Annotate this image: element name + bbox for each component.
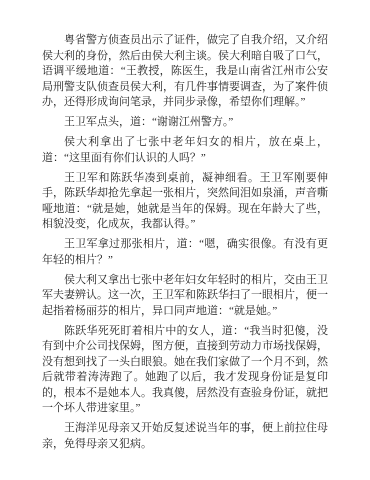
paragraph: 王卫军点头，道：“谢谢江州警方。” [42,115,328,131]
ebook-page: 粤省警方侦查员出示了证件，做完了自我介绍，又介绍侯大利的身份，然后由侯大利主谈。… [0,0,370,480]
paragraph: 王海洋见母亲又开始反复述说当年的事，便上前拉住母亲，免得母亲又犯病。 [42,421,328,452]
paragraph: 陈跃华死死盯着相片中的女人，道：“我当时犯傻，没有到中介公司找保姆，图方便，直接… [42,324,328,417]
paragraph: 侯大利拿出了七张中老年妇女的相片，放在桌上，道：“这里面有你们认识的人吗？” [42,135,328,166]
page-text: 粤省警方侦查员出示了证件，做完了自我介绍，又介绍侯大利的身份，然后由侯大利主谈。… [42,33,328,452]
paragraph: 王卫军和陈跃华凑到桌前，凝神细看。王卫军刚要伸手，陈跃华却抢先拿起一张相片，突然… [42,171,328,233]
paragraph: 王卫军拿过那张相片，道：“嗯，确实很像。有没有更年轻的相片？” [42,237,328,268]
paragraph: 粤省警方侦查员出示了证件，做完了自我介绍，又介绍侯大利的身份，然后由侯大利主谈。… [42,33,328,111]
paragraph: 侯大利又拿出七张中老年妇女年轻时的相片，交由王卫军夫妻辨认。这一次，王卫军和陈跃… [42,273,328,320]
